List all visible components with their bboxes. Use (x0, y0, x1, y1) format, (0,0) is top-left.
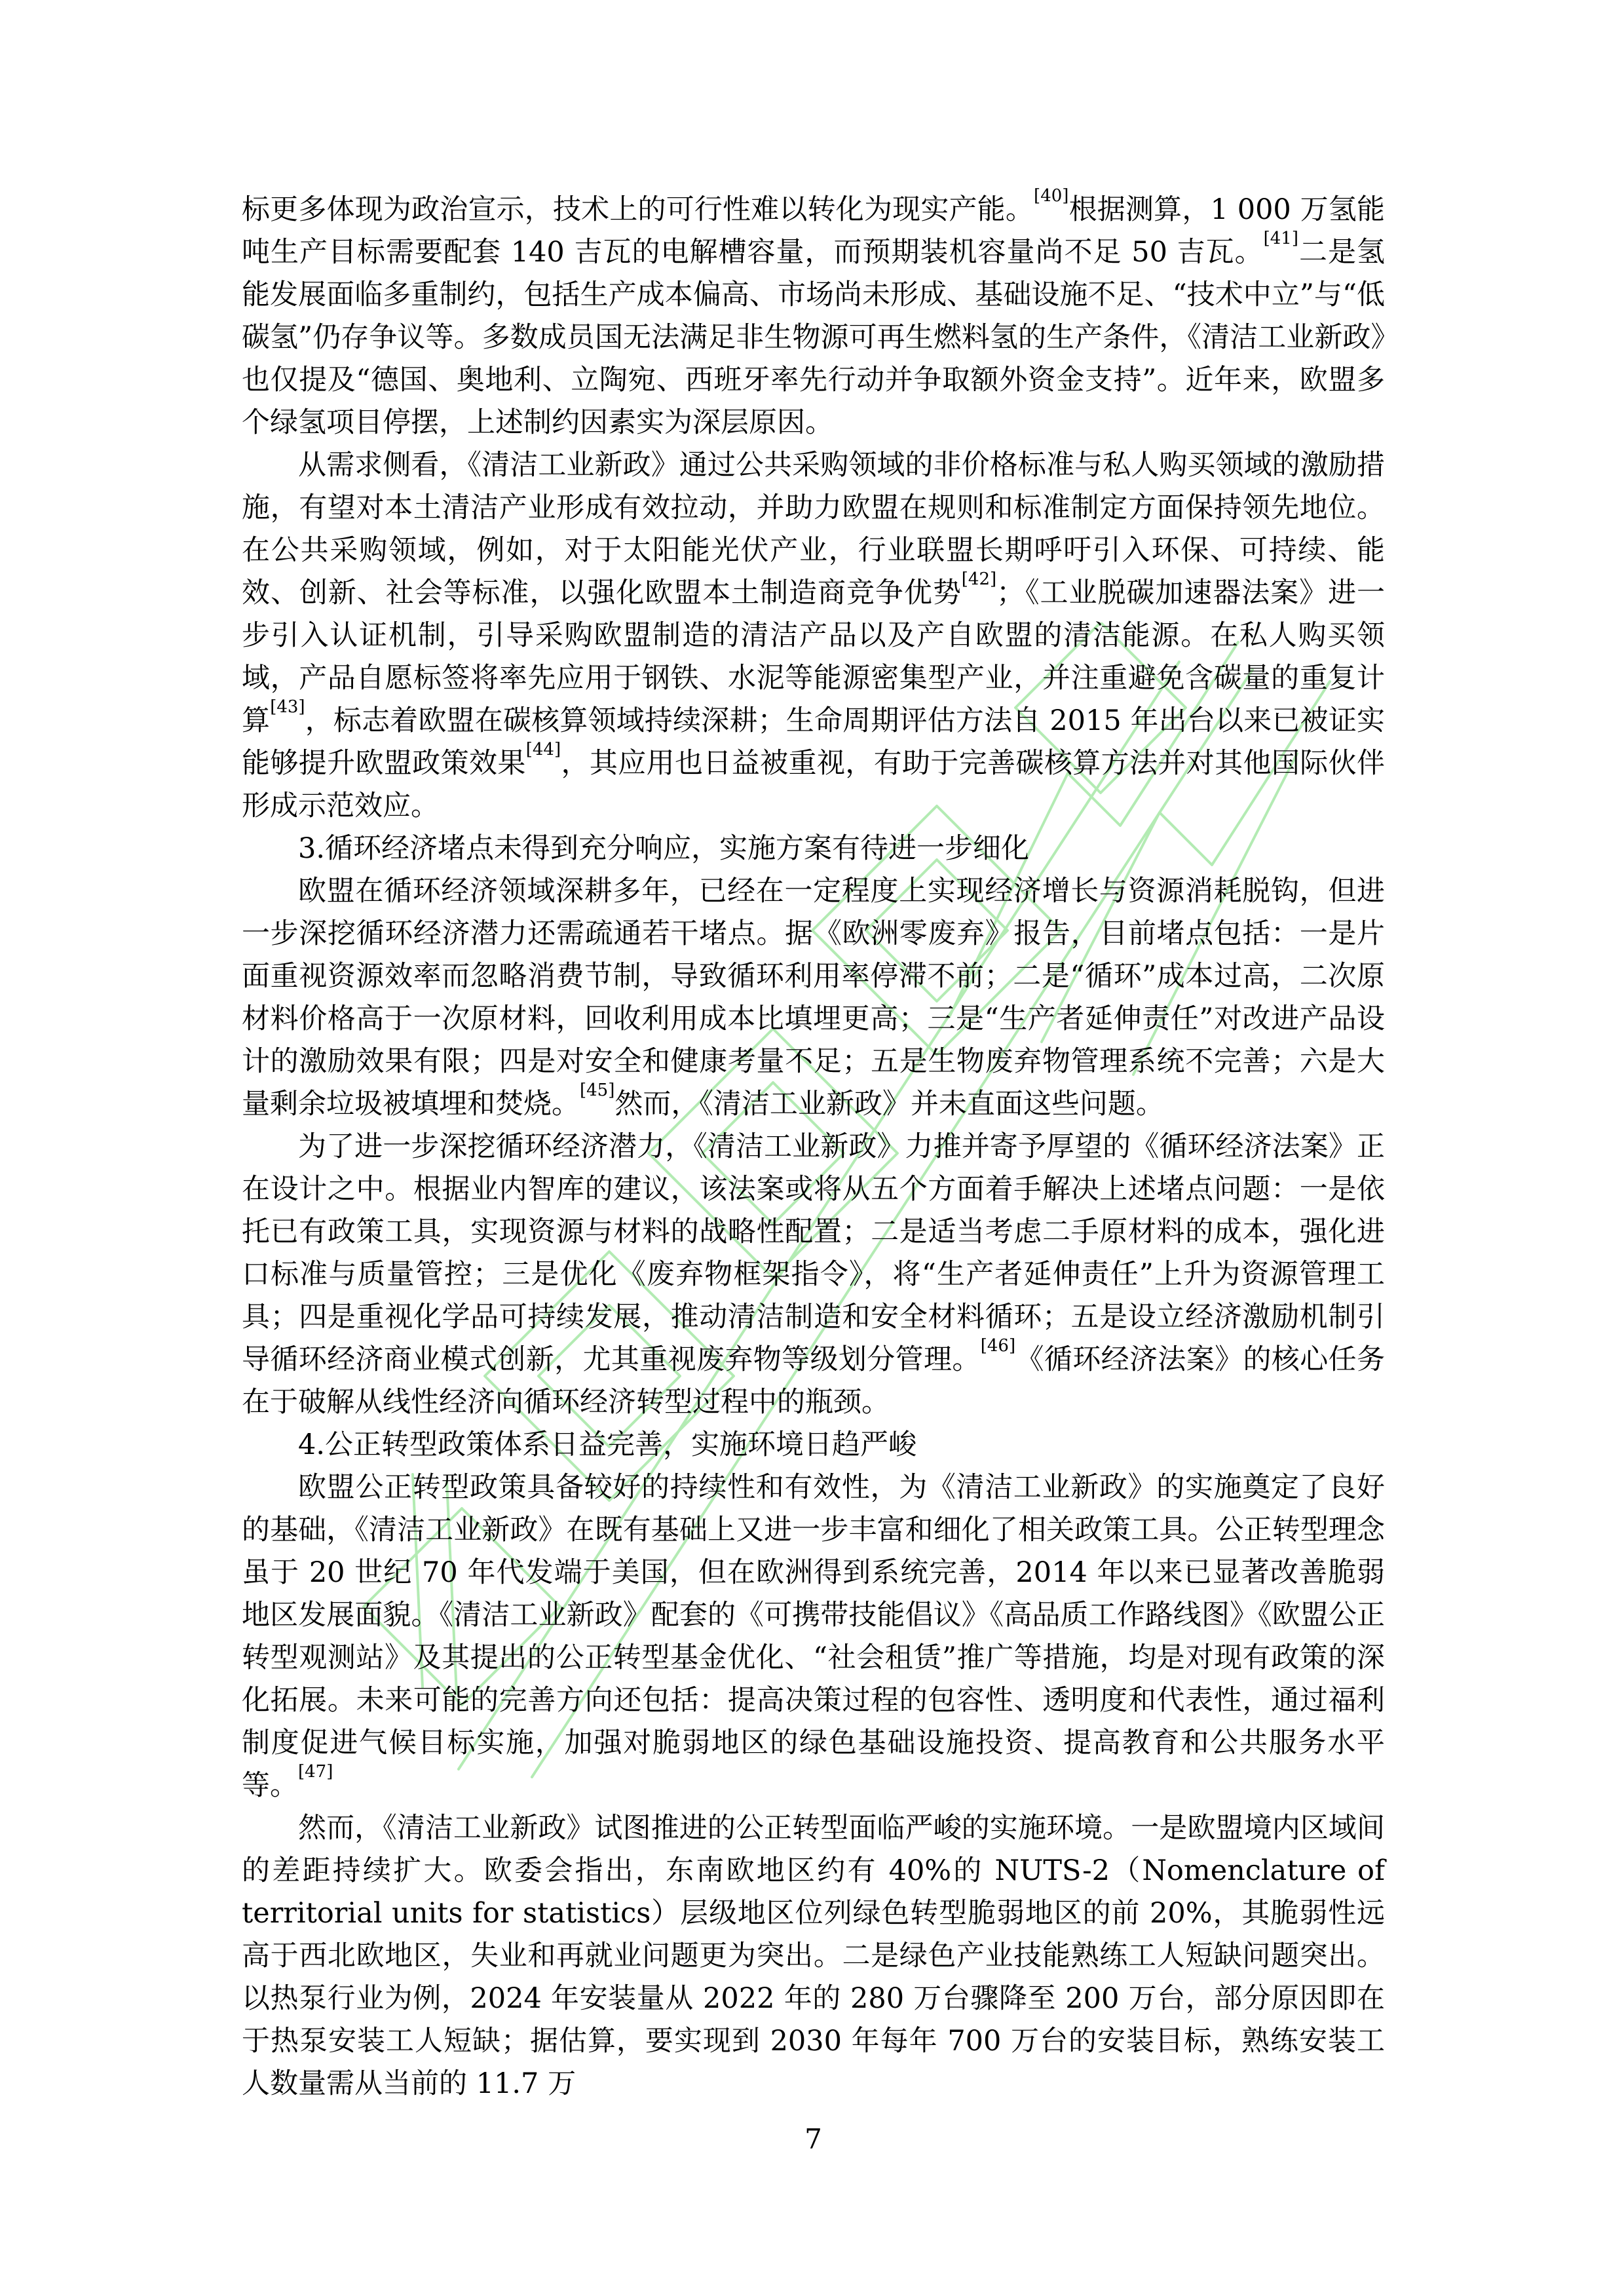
paragraph: 欧盟公正转型政策具备较好的持续性和有效性，为《清洁工业新政》的实施奠定了良好的基… (242, 1466, 1385, 1807)
paragraph: 然而，《清洁工业新政》试图推进的公正转型面临严峻的实施环境。一是欧盟境内区域间的… (242, 1807, 1385, 2105)
page-number: 7 (804, 2123, 822, 2155)
citation-ref: [45] (580, 1081, 614, 1100)
citation-ref: [40] (1034, 186, 1068, 206)
citation-ref: [46] (981, 1336, 1015, 1356)
paragraph: 从需求侧看，《清洁工业新政》通过公共采购领域的非价格标准与私人购买领域的激励措施… (242, 444, 1385, 828)
page-footer: 7 (242, 2123, 1385, 2156)
paragraph: 标更多体现为政治宣示，技术上的可行性难以转化为现实产能。[40]根据测算，1 0… (242, 189, 1385, 444)
citation-ref: [41] (1264, 229, 1298, 248)
paragraph: 为了进一步深挖循环经济潜力，《清洁工业新政》力推并寄予厚望的《循环经济法案》正在… (242, 1126, 1385, 1424)
citation-ref: [44] (526, 740, 561, 759)
document-page: 标更多体现为政治宣示，技术上的可行性难以转化为现实产能。[40]根据测算，1 0… (0, 0, 1624, 2296)
paragraph: 欧盟在循环经济领域深耕多年，已经在一定程度上实现经济增长与资源消耗脱钩，但进一步… (242, 870, 1385, 1126)
document-body: 标更多体现为政治宣示，技术上的可行性难以转化为现实产能。[40]根据测算，1 0… (242, 189, 1385, 2105)
citation-ref: [42] (962, 569, 996, 589)
section-heading: 4.公正转型政策体系日益完善，实施环境日趋严峻 (242, 1424, 1385, 1466)
citation-ref: [47] (298, 1762, 333, 1782)
citation-ref: [43] (270, 697, 305, 717)
section-heading: 3.循环经济堵点未得到充分响应，实施方案有待进一步细化 (242, 828, 1385, 870)
